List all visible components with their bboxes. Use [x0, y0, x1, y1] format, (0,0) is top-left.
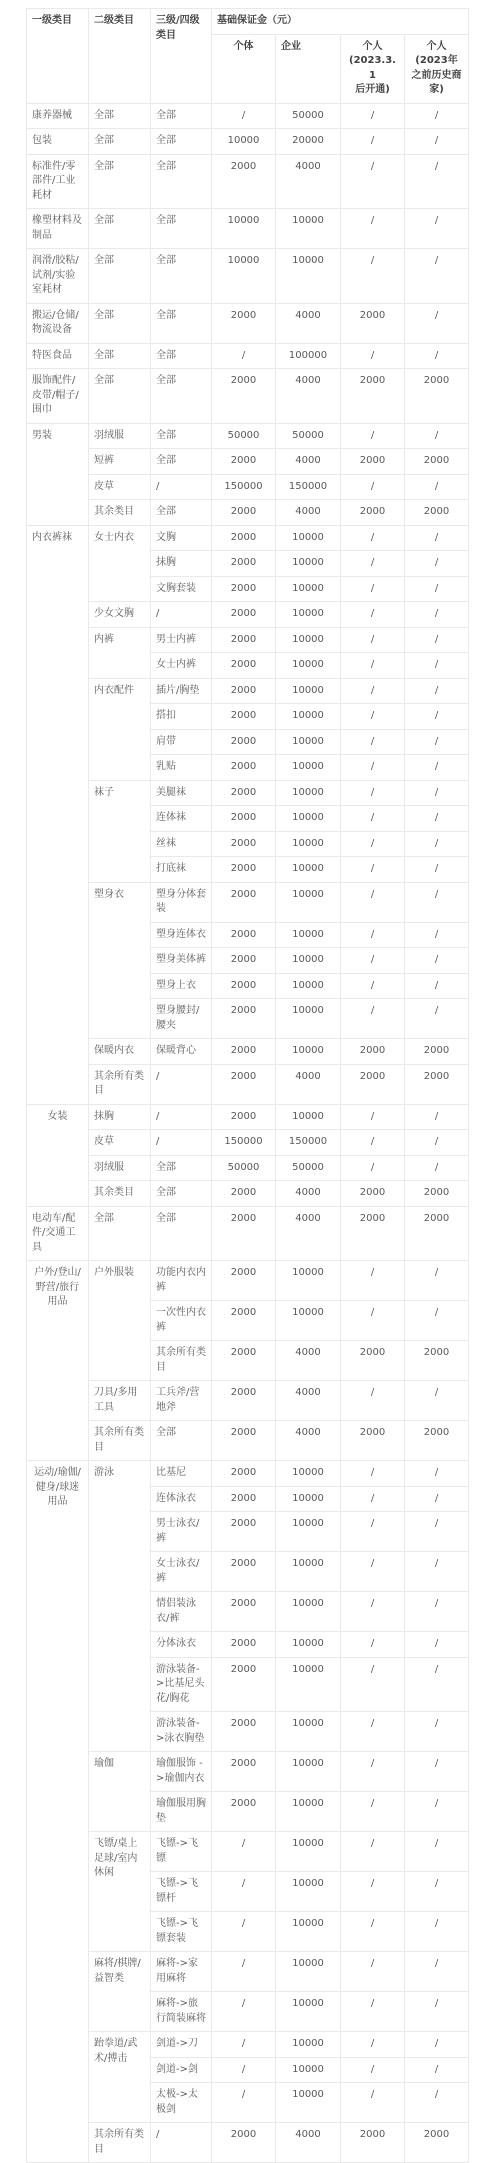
deposit-value-cell: 20000	[276, 129, 341, 155]
deposit-value-cell: 2000	[212, 154, 276, 209]
deposit-value-cell: 4000	[276, 2123, 341, 2163]
level3-category-cell: 美腿袜	[151, 780, 212, 806]
deposit-value-cell: /	[341, 755, 405, 781]
level3-category-cell: 全部	[151, 103, 212, 129]
level2-category-cell: 刀具/多用工具	[89, 1381, 151, 1421]
deposit-value-cell: /	[405, 1832, 469, 1872]
level2-category-cell: 全部	[89, 303, 151, 343]
deposit-value-cell: /	[405, 1155, 469, 1181]
level3-category-cell: 麻将->家用麻将	[151, 1952, 212, 1992]
deposit-value-cell: /	[405, 948, 469, 974]
deposit-value-cell: 2000	[212, 999, 276, 1039]
level3-category-cell: 全部	[151, 1421, 212, 1461]
deposit-value-cell: /	[405, 1912, 469, 1952]
deposit-value-cell: /	[212, 1832, 276, 1872]
header-base-deposit-group: 基础保证金（元）	[212, 9, 469, 35]
deposit-value-cell: /	[405, 1592, 469, 1632]
level3-category-cell: 麻将->旅行简装麻将	[151, 1992, 212, 2032]
deposit-value-cell: 10000	[276, 973, 341, 999]
deposit-value-cell: 2000	[212, 1341, 276, 1381]
deposit-value-cell: 2000	[405, 1421, 469, 1461]
deposit-value-cell: 10000	[212, 129, 276, 155]
deposit-value-cell: 2000	[341, 1181, 405, 1207]
deposit-value-cell: 10000	[276, 1486, 341, 1512]
level3-category-cell: /	[151, 2123, 212, 2163]
level3-category-cell: 飞镖->飞镖套装	[151, 1912, 212, 1952]
deposit-value-cell: 10000	[276, 1952, 341, 1992]
table-row: 保暖内衣保暖背心20001000020002000	[27, 1039, 469, 1065]
level3-category-cell: 全部	[151, 1155, 212, 1181]
level3-category-cell: 男士泳衣/裤	[151, 1512, 212, 1552]
deposit-value-cell: 10000	[276, 755, 341, 781]
deposit-value-cell: 10000	[212, 209, 276, 249]
level3-category-cell: 全部	[151, 1181, 212, 1207]
deposit-value-cell: 4000	[276, 500, 341, 526]
deposit-value-cell: /	[405, 2057, 469, 2083]
table-row: 标准件/零部件/工业耗材全部全部20004000//	[27, 154, 469, 209]
deposit-value-cell: 50000	[276, 423, 341, 449]
level3-category-cell: 塑身连体衣	[151, 922, 212, 948]
deposit-value-cell: 2000	[341, 2123, 405, 2163]
deposit-value-cell: 2000	[212, 1261, 276, 1301]
deposit-value-cell: /	[341, 973, 405, 999]
deposit-value-cell: 50000	[212, 1155, 276, 1181]
level2-category-cell: 其余所有类目	[89, 1064, 151, 1104]
level2-category-cell: 其余所有类目	[89, 2123, 151, 2163]
deposit-value-cell: /	[212, 2083, 276, 2123]
deposit-value-cell: /	[341, 806, 405, 832]
deposit-value-cell: 4000	[276, 1421, 341, 1461]
table-row: 飞镖/桌上足球/室内休闲飞镖->飞镖/10000//	[27, 1832, 469, 1872]
level2-category-cell: 全部	[89, 209, 151, 249]
level2-category-cell: 羽绒服	[89, 423, 151, 449]
deposit-value-cell: 2000	[212, 1552, 276, 1592]
deposit-value-cell: /	[341, 1952, 405, 1992]
level2-category-cell: 全部	[89, 249, 151, 304]
deposit-value-cell: 10000	[276, 209, 341, 249]
deposit-value-cell: /	[405, 678, 469, 704]
level1-category-cell: 服饰配件/皮带/帽子/围巾	[27, 369, 89, 424]
deposit-value-cell: /	[405, 1552, 469, 1592]
deposit-value-cell: 2000	[212, 602, 276, 628]
deposit-value-cell: /	[341, 780, 405, 806]
level3-category-cell: 比基尼	[151, 1461, 212, 1487]
deposit-value-cell: 4000	[276, 303, 341, 343]
level1-category-cell: 特医食品	[27, 343, 89, 369]
deposit-value-cell: /	[341, 1461, 405, 1487]
deposit-value-cell: /	[405, 423, 469, 449]
deposit-value-cell: 10000	[276, 780, 341, 806]
level3-category-cell: 丝袜	[151, 831, 212, 857]
level1-category-cell: 运动/瑜伽/健身/球迷用品	[27, 1461, 89, 2163]
deposit-value-cell: /	[341, 474, 405, 500]
deposit-value-cell: /	[405, 755, 469, 781]
level3-category-cell: 打底袜	[151, 857, 212, 883]
table-row: 刀具/多用工具工兵斧/营地斧20004000//	[27, 1381, 469, 1421]
deposit-value-cell: 2000	[212, 1206, 276, 1261]
level3-category-cell: /	[151, 602, 212, 628]
deposit-value-cell: /	[405, 576, 469, 602]
deposit-value-cell: /	[405, 1992, 469, 2032]
deposit-value-cell: /	[405, 1261, 469, 1301]
deposit-value-cell: 2000	[212, 729, 276, 755]
level3-category-cell: 工兵斧/营地斧	[151, 1381, 212, 1421]
deposit-value-cell: 10000	[276, 576, 341, 602]
level2-category-cell: 短裤	[89, 449, 151, 475]
deposit-value-cell: /	[341, 1832, 405, 1872]
deposit-value-cell: /	[341, 948, 405, 974]
deposit-value-cell: /	[405, 882, 469, 922]
table-row: 其余类目全部2000400020002000	[27, 500, 469, 526]
deposit-value-cell: /	[212, 103, 276, 129]
deposit-value-cell: /	[405, 922, 469, 948]
level3-category-cell: 一次性内衣裤	[151, 1301, 212, 1341]
deposit-value-cell: /	[405, 343, 469, 369]
deposit-value-cell: /	[405, 1381, 469, 1421]
table-row: 袜子美腿袜200010000//	[27, 780, 469, 806]
deposit-value-cell: 10000	[276, 1752, 341, 1792]
deposit-value-cell: 2000	[212, 653, 276, 679]
deposit-value-cell: /	[405, 999, 469, 1039]
deposit-value-cell: /	[341, 1130, 405, 1156]
level3-category-cell: 全部	[151, 303, 212, 343]
deposit-value-cell: 2000	[212, 780, 276, 806]
header-level2-category: 二级类目	[89, 9, 151, 104]
level2-category-cell: 袜子	[89, 780, 151, 882]
table-row: 服饰配件/皮带/帽子/围巾全部全部2000400020002000	[27, 369, 469, 424]
deposit-value-cell: 2000	[212, 678, 276, 704]
deposit-value-cell: 2000	[405, 1181, 469, 1207]
deposit-value-cell: 2000	[212, 1486, 276, 1512]
level2-category-cell: 游泳	[89, 1461, 151, 1752]
deposit-value-cell: /	[212, 2032, 276, 2058]
deposit-value-cell: 10000	[276, 2032, 341, 2058]
deposit-value-cell: /	[341, 1104, 405, 1130]
level3-category-cell: /	[151, 1130, 212, 1156]
deposit-value-cell: 2000	[212, 973, 276, 999]
level3-category-cell: 剑道->剑	[151, 2057, 212, 2083]
table-row: 羽绒服全部5000050000//	[27, 1155, 469, 1181]
level3-category-cell: /	[151, 474, 212, 500]
deposit-value-cell: 4000	[276, 1181, 341, 1207]
table-row: 短裤全部2000400020002000	[27, 449, 469, 475]
level1-category-cell: 包装	[27, 129, 89, 155]
deposit-value-cell: /	[405, 525, 469, 551]
deposit-value-cell: 2000	[405, 1206, 469, 1261]
level1-category-cell: 康养器械	[27, 103, 89, 129]
level3-category-cell: 保暖背心	[151, 1039, 212, 1065]
level3-category-cell: 飞镖->飞镖杆	[151, 1872, 212, 1912]
deposit-value-cell: 2000	[212, 500, 276, 526]
deposit-value-cell: 10000	[276, 1992, 341, 2032]
deposit-value-cell: 2000	[212, 1712, 276, 1752]
table-row: 皮草/150000150000//	[27, 474, 469, 500]
deposit-value-cell: /	[341, 1381, 405, 1421]
deposit-value-cell: 10000	[276, 1872, 341, 1912]
deposit-value-cell: 10000	[276, 1632, 341, 1658]
table-row: 内裤男士内裤200010000//	[27, 627, 469, 653]
deposit-value-cell: 150000	[276, 1130, 341, 1156]
deposit-value-cell: /	[341, 882, 405, 922]
table-row: 特医食品全部全部/100000//	[27, 343, 469, 369]
deposit-value-cell: 2000	[212, 1421, 276, 1461]
deposit-table-body: 康养器械全部全部/50000//包装全部全部1000020000//标准件/零部…	[27, 103, 469, 2163]
deposit-value-cell: /	[341, 423, 405, 449]
level3-category-cell: 塑身分体套装	[151, 882, 212, 922]
level3-category-cell: 全部	[151, 423, 212, 449]
deposit-value-cell: 2000	[341, 449, 405, 475]
level3-category-cell: 乳贴	[151, 755, 212, 781]
level2-category-cell: 全部	[89, 103, 151, 129]
level2-category-cell: 全部	[89, 1206, 151, 1261]
deposit-value-cell: /	[212, 343, 276, 369]
table-row: 其余所有类目/2000400020002000	[27, 2123, 469, 2163]
level3-category-cell: 分体泳衣	[151, 1632, 212, 1658]
deposit-value-cell: 10000	[276, 2057, 341, 2083]
deposit-value-cell: 100000	[276, 343, 341, 369]
deposit-value-cell: /	[212, 1952, 276, 1992]
deposit-value-cell: /	[341, 525, 405, 551]
deposit-value-cell: 2000	[341, 500, 405, 526]
deposit-value-cell: /	[341, 1486, 405, 1512]
level3-category-cell: 游泳装备->比基尼头花/胸花	[151, 1657, 212, 1712]
deposit-value-cell: 10000	[276, 857, 341, 883]
deposit-value-cell: 4000	[276, 1381, 341, 1421]
level1-category-cell: 内衣裤袜	[27, 525, 89, 1104]
deposit-value-cell: /	[405, 474, 469, 500]
level3-category-cell: 插片/胸垫	[151, 678, 212, 704]
deposit-value-cell: /	[405, 857, 469, 883]
table-row: 塑身衣塑身分体套装200010000//	[27, 882, 469, 922]
deposit-value-cell: 2000	[212, 806, 276, 832]
deposit-value-cell: /	[405, 1632, 469, 1658]
deposit-value-cell: 150000	[276, 474, 341, 500]
level2-category-cell: 其余类目	[89, 500, 151, 526]
level3-category-cell: 抹胸	[151, 551, 212, 577]
deposit-value-cell: /	[405, 154, 469, 209]
deposit-value-cell: 2000	[212, 755, 276, 781]
deposit-value-cell: /	[341, 1657, 405, 1712]
deposit-value-cell: 2000	[212, 1512, 276, 1552]
deposit-value-cell: /	[405, 1792, 469, 1832]
table-row: 润滑/胶粘/试剂/实验室耗材全部全部1000010000//	[27, 249, 469, 304]
deposit-value-cell: /	[405, 1657, 469, 1712]
table-row: 女装抹胸/200010000//	[27, 1104, 469, 1130]
deposit-value-cell: 2000	[212, 1632, 276, 1658]
deposit-value-cell: 10000	[276, 1261, 341, 1301]
deposit-value-cell: 2000	[341, 303, 405, 343]
deposit-value-cell: /	[341, 1872, 405, 1912]
deposit-value-cell: 4000	[276, 369, 341, 424]
level2-category-cell: 全部	[89, 129, 151, 155]
deposit-value-cell: 2000	[212, 1301, 276, 1341]
table-row: 橡塑材料及制品全部全部1000010000//	[27, 209, 469, 249]
deposit-value-cell: 2000	[212, 1104, 276, 1130]
deposit-value-cell: /	[405, 1130, 469, 1156]
deposit-value-cell: /	[405, 209, 469, 249]
deposit-value-cell: 10000	[276, 1712, 341, 1752]
table-row: 搬运/仓储/物流设备全部全部200040002000/	[27, 303, 469, 343]
deposit-value-cell: 2000	[212, 525, 276, 551]
deposit-value-cell: 2000	[212, 1792, 276, 1832]
deposit-value-cell: 50000	[276, 103, 341, 129]
level1-category-cell: 搬运/仓储/物流设备	[27, 303, 89, 343]
level3-category-cell: 女士内裤	[151, 653, 212, 679]
subheader-deposit-col-2: 个人 (2023.3.1 后开通)	[341, 34, 405, 103]
deposit-value-cell: 2000	[212, 1752, 276, 1792]
deposit-value-cell: 2000	[212, 704, 276, 730]
deposit-value-cell: 2000	[405, 1039, 469, 1065]
deposit-value-cell: /	[341, 704, 405, 730]
deposit-value-cell: 10000	[276, 1512, 341, 1552]
deposit-value-cell: 4000	[276, 449, 341, 475]
table-row: 电动车/配件/交通工具全部全部2000400020002000	[27, 1206, 469, 1261]
deposit-value-cell: /	[341, 209, 405, 249]
level3-category-cell: 搭扣	[151, 704, 212, 730]
deposit-value-cell: 10000	[276, 602, 341, 628]
deposit-value-cell: 2000	[212, 2123, 276, 2163]
table-row: 其余类目全部2000400020002000	[27, 1181, 469, 1207]
deposit-value-cell: 2000	[212, 1381, 276, 1421]
deposit-value-cell: 2000	[212, 857, 276, 883]
deposit-value-cell: 2000	[405, 1341, 469, 1381]
deposit-value-cell: /	[341, 999, 405, 1039]
table-row: 康养器械全部全部/50000//	[27, 103, 469, 129]
header-level1-category: 一级类目	[27, 9, 89, 104]
deposit-value-cell: 10000	[276, 525, 341, 551]
deposit-value-cell: 50000	[212, 423, 276, 449]
deposit-value-cell: 2000	[212, 576, 276, 602]
deposit-value-cell: /	[341, 1792, 405, 1832]
deposit-value-cell: 2000	[212, 551, 276, 577]
deposit-value-cell: /	[341, 1592, 405, 1632]
deposit-value-cell: /	[341, 678, 405, 704]
level3-category-cell: 太极->太极剑	[151, 2083, 212, 2123]
deposit-value-cell: 2000	[341, 1039, 405, 1065]
table-row: 户外/登山/野营/旅行用品户外服装功能内衣内裤200010000//	[27, 1261, 469, 1301]
level3-category-cell: 全部	[151, 1206, 212, 1261]
deposit-value-cell: 2000	[212, 369, 276, 424]
deposit-value-cell: /	[341, 154, 405, 209]
level2-category-cell: 抹胸	[89, 1104, 151, 1130]
level1-category-cell: 润滑/胶粘/试剂/实验室耗材	[27, 249, 89, 304]
deposit-value-cell: 2000	[212, 303, 276, 343]
deposit-value-cell: 2000	[212, 1592, 276, 1632]
level3-category-cell: 女士泳衣/裤	[151, 1552, 212, 1592]
deposit-value-cell: 2000	[405, 449, 469, 475]
deposit-value-cell: 10000	[276, 1552, 341, 1592]
deposit-value-cell: /	[341, 1992, 405, 2032]
deposit-value-cell: /	[341, 653, 405, 679]
deposit-value-cell: 10000	[276, 999, 341, 1039]
table-row: 其余所有类目/2000400020002000	[27, 1064, 469, 1104]
deposit-value-cell: /	[405, 2032, 469, 2058]
level2-category-cell: 塑身衣	[89, 882, 151, 1039]
level3-category-cell: 瑜伽服用胸垫	[151, 1792, 212, 1832]
table-row: 男装羽绒服全部5000050000//	[27, 423, 469, 449]
level2-category-cell: 羽绒服	[89, 1155, 151, 1181]
level3-category-cell: 全部	[151, 500, 212, 526]
level2-category-cell: 女士内衣	[89, 525, 151, 602]
level3-category-cell: 文胸	[151, 525, 212, 551]
deposit-value-cell: 10000	[276, 1912, 341, 1952]
deposit-value-cell: 10000	[276, 678, 341, 704]
deposit-value-cell: 10000	[276, 627, 341, 653]
deposit-value-cell: 2000	[212, 1657, 276, 1712]
deposit-value-cell: 2000	[212, 922, 276, 948]
level3-category-cell: /	[151, 1064, 212, 1104]
level1-category-cell: 橡塑材料及制品	[27, 209, 89, 249]
deposit-value-cell: 2000	[212, 1181, 276, 1207]
deposit-value-cell: 2000	[212, 1461, 276, 1487]
deposit-value-cell: 10000	[276, 1301, 341, 1341]
level2-category-cell: 保暖内衣	[89, 1039, 151, 1065]
deposit-value-cell: 10000	[276, 704, 341, 730]
level1-category-cell: 电动车/配件/交通工具	[27, 1206, 89, 1261]
deposit-value-cell: 2000	[212, 449, 276, 475]
level3-category-cell: 全部	[151, 129, 212, 155]
deposit-value-cell: 2000	[212, 1039, 276, 1065]
level3-category-cell: 功能内衣内裤	[151, 1261, 212, 1301]
header-level3-category: 三级/四级类目	[151, 9, 212, 104]
deposit-value-cell: /	[405, 973, 469, 999]
deposit-value-cell: 4000	[276, 1341, 341, 1381]
subheader-deposit-col-3: 个人 (2023年 之前历史商 家)	[405, 34, 469, 103]
deposit-value-cell: /	[341, 1301, 405, 1341]
level3-category-cell: 全部	[151, 154, 212, 209]
deposit-value-cell: /	[405, 627, 469, 653]
deposit-value-cell: 10000	[276, 922, 341, 948]
deposit-value-cell: 2000	[212, 627, 276, 653]
level3-category-cell: 塑身上衣	[151, 973, 212, 999]
level3-category-cell: 全部	[151, 449, 212, 475]
deposit-value-cell: /	[341, 2057, 405, 2083]
level1-category-cell: 户外/登山/野营/旅行用品	[27, 1261, 89, 1461]
deposit-value-cell: /	[405, 1712, 469, 1752]
level3-category-cell: 男士内裤	[151, 627, 212, 653]
level3-category-cell: 情侣装泳衣/裤	[151, 1592, 212, 1632]
deposit-value-cell: /	[405, 1486, 469, 1512]
deposit-value-cell: /	[341, 831, 405, 857]
deposit-value-cell: /	[341, 2083, 405, 2123]
level2-category-cell: 户外服装	[89, 1261, 151, 1381]
deposit-value-cell: 10000	[276, 729, 341, 755]
table-row: 内衣配件插片/胸垫200010000//	[27, 678, 469, 704]
level2-category-cell: 跆拳道/武术/搏击	[89, 2032, 151, 2123]
deposit-value-cell: 10000	[212, 249, 276, 304]
table-row: 跆拳道/武术/搏击剑道->刀/10000//	[27, 2032, 469, 2058]
deposit-value-cell: /	[405, 780, 469, 806]
deposit-value-cell: /	[405, 1872, 469, 1912]
table-row: 运动/瑜伽/健身/球迷用品游泳比基尼200010000//	[27, 1461, 469, 1487]
level2-category-cell: 全部	[89, 154, 151, 209]
deposit-value-cell: 10000	[276, 1657, 341, 1712]
deposit-value-cell: /	[341, 576, 405, 602]
deposit-value-cell: 10000	[276, 1792, 341, 1832]
deposit-value-cell: /	[212, 1872, 276, 1912]
level3-category-cell: 全部	[151, 209, 212, 249]
level3-category-cell: 塑身腰封/腰夹	[151, 999, 212, 1039]
deposit-value-cell: /	[405, 1461, 469, 1487]
deposit-value-cell: /	[405, 551, 469, 577]
deposit-value-cell: 10000	[276, 1832, 341, 1872]
level2-category-cell: 其余类目	[89, 1181, 151, 1207]
deposit-value-cell: /	[405, 249, 469, 304]
deposit-value-cell: /	[405, 1752, 469, 1792]
deposit-value-cell: /	[405, 1952, 469, 1992]
deposit-value-cell: /	[341, 1552, 405, 1592]
deposit-value-cell: /	[405, 831, 469, 857]
